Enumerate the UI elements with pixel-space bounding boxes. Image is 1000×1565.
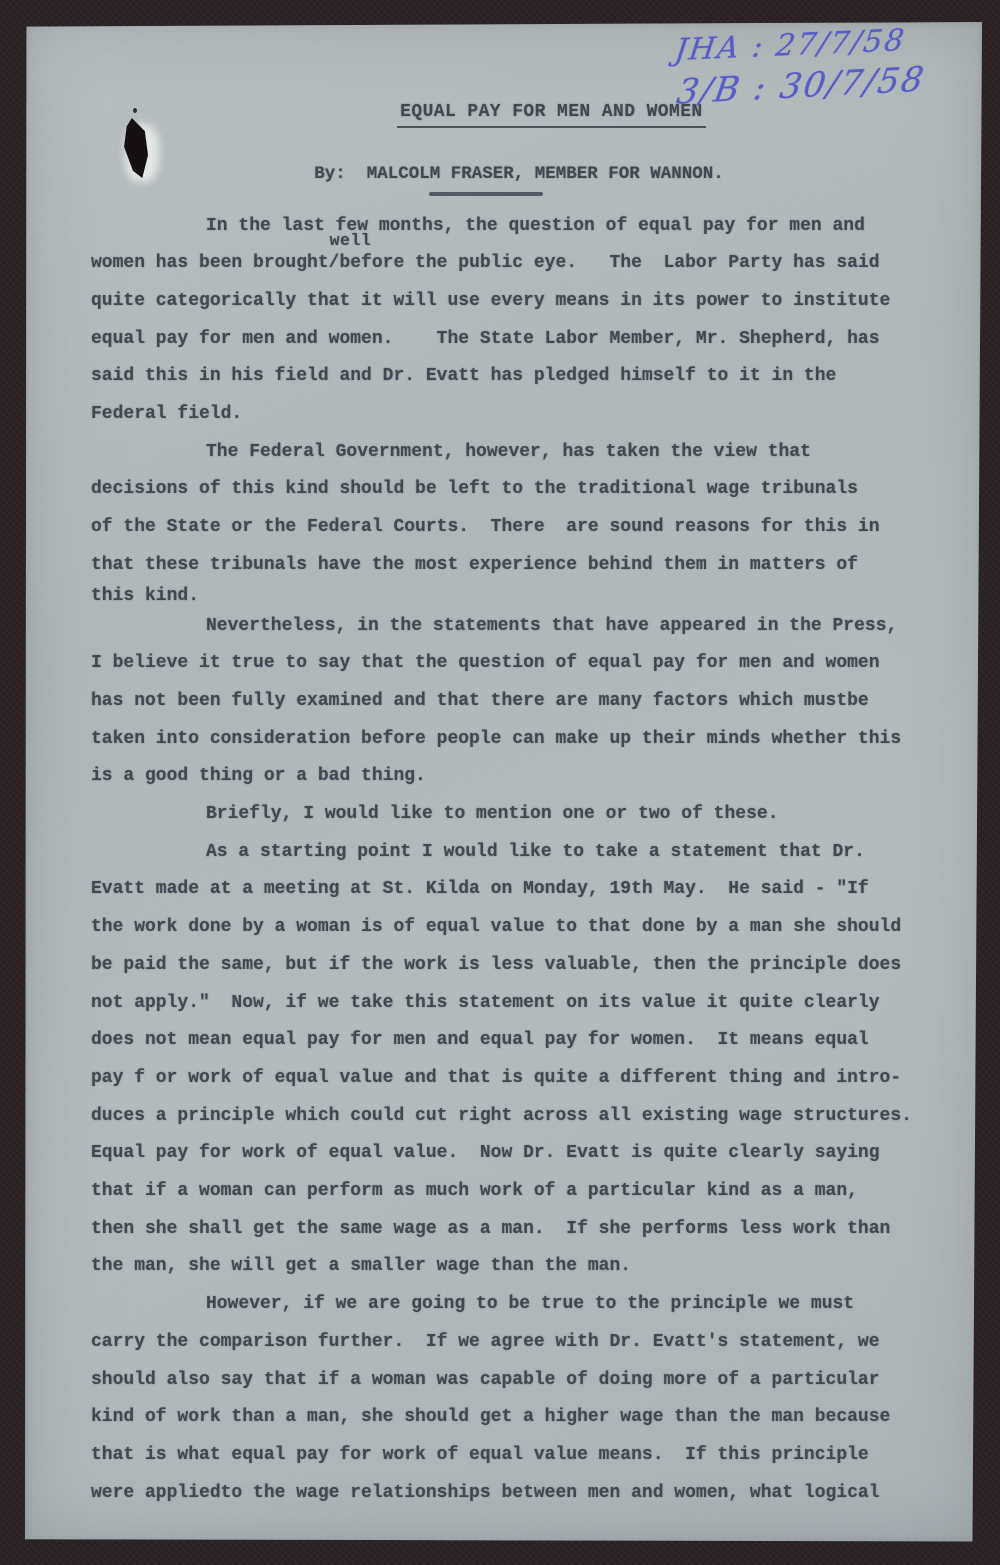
paragraph-1: In the last few months, the question of … — [91, 208, 947, 434]
interlinear-inserted-word: well — [330, 233, 372, 249]
byline: By: MALCOLM FRASER, MEMBER FOR WANNON. — [91, 162, 947, 186]
document-body: In the last few months, the question of … — [91, 208, 947, 1513]
interlinear-insertion-anchor: well/before the public eye. The Labor Pa… — [329, 253, 880, 273]
paragraph-1-rest: quite categorically that it will use eve… — [91, 283, 947, 434]
paragraph-2-runover-line: this kind. — [91, 585, 947, 608]
paragraph-1-line-2-start: women has been brought — [91, 253, 329, 273]
paragraph-1-line-2: women has been broughtwell/before the pu… — [91, 245, 947, 283]
document-page: JHA : 27/7/58 3/B : 30/7/58 EQUAL PAY FO… — [25, 22, 983, 1543]
paragraph-2-lines: The Federal Government, however, has tak… — [91, 434, 947, 585]
typewritten-content: EQUAL PAY FOR MEN AND WOMEN By: MALCOLM … — [25, 22, 983, 1512]
paragraph-2: The Federal Government, however, has tak… — [91, 434, 947, 608]
paragraph-5: As a starting point I would like to take… — [91, 834, 947, 1286]
scanned-document-screenshot: { "document": { "stamp": { "line1": "JHA… — [0, 0, 1000, 1565]
document-title: EQUAL PAY FOR MEN AND WOMEN — [397, 100, 705, 128]
paragraph-6: However, if we are going to be true to t… — [91, 1286, 947, 1512]
paragraph-1-line-1: In the last few months, the question of … — [91, 208, 947, 246]
paragraph-3: Nevertheless, in the statements that hav… — [91, 608, 947, 797]
paragraph-1-line-2-end: /before the public eye. The Labor Party … — [329, 253, 880, 273]
byline-underline — [429, 192, 543, 196]
paragraph-4: Briefly, I would like to mention one or … — [91, 796, 947, 834]
